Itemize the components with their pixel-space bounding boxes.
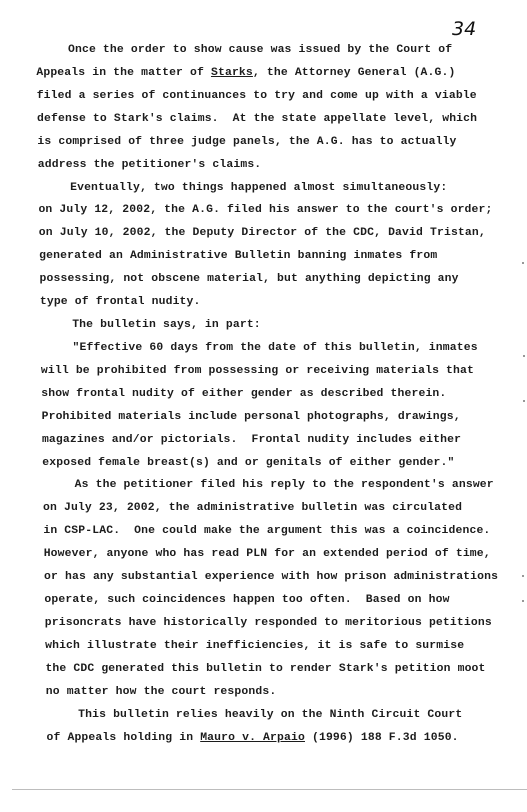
text-run: Appeals in the matter of: [36, 67, 211, 79]
text-line: Appeals in the matter of Starks, the Att…: [36, 67, 455, 79]
text-line: in CSP-LAC. One could make the argument …: [43, 525, 490, 537]
text-line: The bulletin says, in part:: [72, 319, 261, 331]
text-line: possessing, not obscene material, but an…: [40, 273, 459, 285]
text-line: the CDC generated this bulletin to rende…: [45, 663, 485, 675]
text-line: type of frontal nudity.: [40, 296, 201, 308]
text-line: Eventually, two things happened almost s…: [70, 182, 447, 194]
text-run: of Appeals holding in: [47, 732, 201, 744]
text-line: prisoncrats have historically responded …: [45, 617, 492, 629]
text-line: no matter how the court responds.: [46, 686, 277, 698]
text-line: As the petitioner filed his reply to the…: [75, 479, 494, 491]
text-line: show frontal nudity of either gender as …: [41, 388, 446, 400]
text-line: will be prohibited from possessing or re…: [41, 365, 474, 377]
scan-speck: [522, 262, 524, 264]
text-run: (1996) 188 F.3d 1050.: [305, 732, 459, 744]
text-line: "Effective 60 days from the date of this…: [73, 342, 478, 354]
text-line: operate, such coincidences happen too of…: [44, 594, 449, 606]
page-number: 34: [452, 18, 476, 40]
text-line: is comprised of three judge panels, the …: [37, 136, 456, 148]
text-line: magazines and/or pictorials. Frontal nud…: [42, 434, 461, 446]
case-citation: Starks: [211, 67, 253, 79]
text-line: exposed female breast(s) and or genitals…: [42, 457, 454, 469]
text-line: on July 10, 2002, the Deputy Director of…: [39, 227, 486, 239]
text-line: on July 12, 2002, the A.G. filed his ans…: [38, 204, 492, 216]
text-line: However, anyone who has read PLN for an …: [44, 548, 491, 560]
text-line: generated an Administrative Bulletin ban…: [39, 250, 437, 262]
text-line: address the petitioner's claims.: [38, 159, 262, 171]
text-line: which illustrate their inefficiencies, i…: [45, 640, 464, 652]
text-line: This bulletin relies heavily on the Nint…: [78, 709, 462, 721]
text-line: on July 23, 2002, the administrative bul…: [43, 502, 462, 514]
case-citation: Mauro v. Arpaio: [200, 732, 305, 744]
text-line: defense to Stark's claims. At the state …: [37, 113, 477, 125]
text-line: Once the order to show cause was issued …: [68, 44, 452, 56]
text-line: filed a series of continuances to try an…: [37, 90, 477, 102]
text-line: Prohibited materials include personal ph…: [42, 411, 461, 423]
text-line: or has any substantial experience with h…: [44, 571, 498, 583]
scan-edge-line: [12, 789, 527, 790]
scan-speck: [522, 600, 524, 602]
scan-speck: [523, 355, 525, 357]
text-run: , the Attorney General (A.G.): [253, 67, 456, 79]
scan-speck: [523, 400, 525, 402]
text-line: of Appeals holding in Mauro v. Arpaio (1…: [47, 732, 459, 744]
scan-speck: [522, 575, 524, 577]
